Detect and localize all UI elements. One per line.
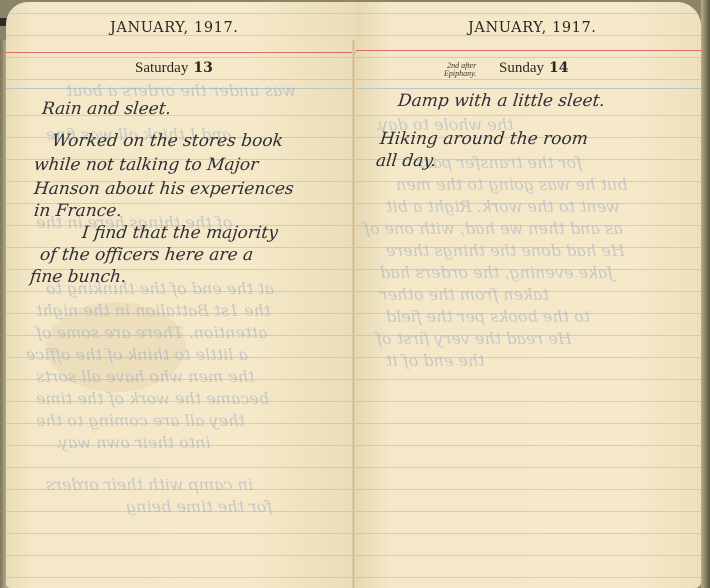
entry-line: fine bunch. — [29, 266, 128, 288]
left-page: JANUARY, 1917. Saturday13 was under the … — [6, 2, 356, 588]
show-through-text: taken from the other — [380, 284, 549, 306]
entry-line: I find that the majority — [81, 222, 279, 244]
show-through-text: the 1st Battalion in the night — [36, 300, 270, 322]
entry-line: Hiking around the room — [379, 128, 589, 150]
right-book-edge — [701, 0, 710, 588]
show-through-text: a little to think of the office — [26, 344, 248, 366]
diary-spread: JANUARY, 1917. Saturday13 was under the … — [0, 0, 710, 588]
show-through-text: the end of it — [386, 350, 485, 372]
show-through-text: for the transfer pass — [416, 152, 582, 174]
show-through-text: He had done the things there — [386, 240, 625, 262]
liturgical-note-line: Epiphany. — [444, 70, 476, 78]
entry-line: Damp with a little sleet. — [397, 90, 606, 112]
day-number: 13 — [193, 60, 212, 76]
day-name: Sunday — [499, 60, 544, 76]
header-red-rule — [356, 50, 701, 51]
entry-line: while not talking to Major — [33, 154, 260, 176]
day-heading: Saturday13 — [135, 60, 213, 77]
entry-line: Hanson about his experiences — [33, 178, 295, 200]
entry-line: all day. — [375, 150, 437, 172]
show-through-text: attention. There are some of — [36, 322, 267, 344]
entry-line: Rain and sleet. — [41, 98, 172, 120]
entry-line: of the officers here are a — [39, 244, 255, 266]
show-through-text: they all are coming to the — [36, 410, 245, 432]
month-header: JANUARY, 1917. — [468, 20, 597, 36]
show-through-text: into their own way. — [56, 432, 211, 454]
show-through-text: went to the work. Right a bit — [386, 196, 620, 218]
show-through-text: to the books per the field — [386, 306, 590, 328]
day-heading: Sunday14 — [499, 60, 568, 77]
page-gutter — [352, 40, 355, 588]
day-number: 14 — [549, 60, 568, 76]
show-through-text: but he was going to the men — [396, 174, 627, 196]
show-through-text: as and then we had, with one of — [364, 218, 623, 240]
show-through-text: Jake evening, the orders had — [380, 262, 614, 284]
show-through-text: the men who have all sorts — [36, 366, 254, 388]
liturgical-note: 2nd after Epiphany. — [444, 62, 476, 78]
day-name: Saturday — [135, 60, 188, 76]
show-through-text: for the time being — [126, 496, 272, 518]
month-header: JANUARY, 1917. — [110, 20, 239, 36]
right-page: JANUARY, 1917. 2nd after Epiphany. Sunda… — [356, 2, 701, 588]
entry-line: Worked on the stores book — [51, 130, 284, 152]
entry-line: in France. — [33, 200, 123, 222]
show-through-text: He read the very first of — [376, 328, 572, 350]
show-through-text: in camp with their orders — [46, 474, 253, 496]
show-through-text: became the work of the time — [36, 388, 269, 410]
header-red-rule — [6, 52, 356, 53]
header-blue-rule — [356, 88, 701, 89]
